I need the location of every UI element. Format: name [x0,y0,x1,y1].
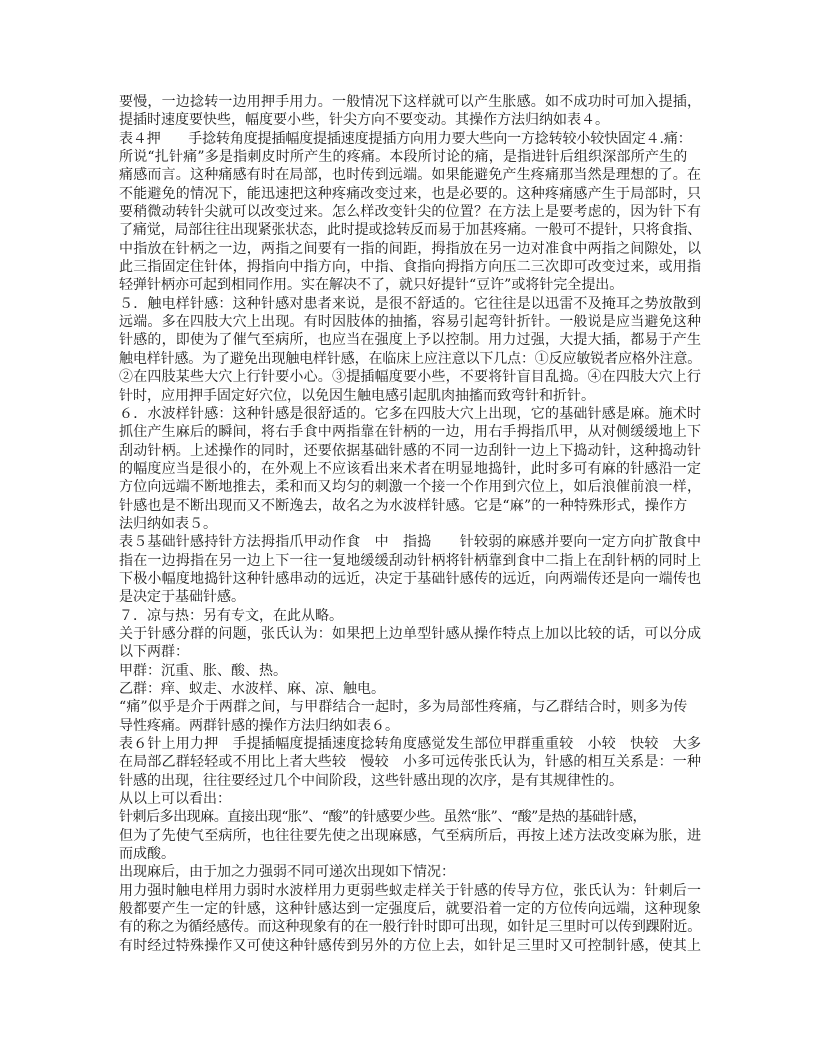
text-line: 从以上可以看出： [119,790,701,808]
text-line: 刮动针柄。上述操作的同时，还要依据基础针感的不同一边刮针一边上下捣动针，这种捣动… [119,442,701,460]
text-line: ６．水波样针感：这种针感是很舒适的。它多在四肢大穴上出现，它的基础针感是麻。施术… [119,405,701,423]
text-line: 提插时速度要快些，幅度要小些，针尖方向不要变动。其操作方法归纳如表４。 [119,111,701,129]
text-line: 要稍微动转针尖就可以改变过来。怎么样改变针尖的位置？在方法上是要考虑的，因为针下… [119,203,701,221]
text-line: 针刺后多出现麻。直接出现“胀”、“酸”的针感要少些。虽然“胀”、“酸”是热的基础… [119,808,701,826]
text-line: 般都要产生一定的针感，这种针感达到一定强度后，就要沿着一定的方位传向远端，这种现… [119,900,701,918]
text-line: 此三指固定住针体，拇指向中指方向，中指、食指向拇指方向压二三次即可改变过来，或用… [119,258,701,276]
text-line: 痛感而言。这种痛感有时在局部，也时传到远端。如果能避免产生疼痛那当然是理想的了。… [119,166,701,184]
text-line: 但为了先使气至病所，也往往要先使之出现麻感，气至病所后，再按上述方法改变麻为胀，… [119,827,701,845]
text-line: 乙群：痒、蚁走、水波样、麻、凉、触电。 [119,680,701,698]
text-line: “痛”似乎是介于两群之间，与甲群结合一起时，多为局部性疼痛，与乙群结合时，则多为… [119,698,701,716]
text-line: 方位向远端不断地推去，柔和而又均匀的刺激一个接一个作用到穴位上，如后浪催前浪一样… [119,478,701,496]
text-line: 远端。多在四肢大穴上出现。有时因肢体的抽搐，容易引起弯针折针。一般说是应当避免这… [119,313,701,331]
text-line: 针感的出现，往往要经过几个中间阶段，这些针感出现的次序，是有其规律性的。 [119,772,701,790]
text-line: 表４押 手捻转角度提插幅度提插速度提插方向用力要大些向一方捻转较小较快固定４.痛… [119,130,701,148]
text-line: 针时，应用押手固定好穴位，以免因生触电感引起肌肉抽搐而致弯针和折针。 [119,387,701,405]
text-line: 关于针感分群的问题，张氏认为：如果把上边单型针感从操作特点上加以比较的话，可以分… [119,625,701,643]
text-line: 有的称之为循经感传。而这种现象有的在一般行针时即可出现，如针足三里时可以传到踝附… [119,918,701,936]
text-line: 在局部乙群轻轻或不用比上者大些较 慢较 小多可远传张氏认为，针感的相互关系是：一… [119,753,701,771]
text-line: 针感也是不断出现而又不断逸去，故名之为水波样针感。它是“麻”的一种特殊形式，操作… [119,497,701,515]
text-line: 下极小幅度地捣针这种针感串动的远近，决定于基础针感传的远近，向两端传还是向一端传… [119,570,701,588]
text-line: 甲群：沉重、胀、酸、热。 [119,662,701,680]
text-line: 不能避免的情况下，能迅速把这种疼痛改变过来，也是必要的。这种疼痛感产生于局部时，… [119,185,701,203]
text-line: 用力强时触电样用力弱时水波样用力更弱些蚁走样关于针感的传导方位，张氏认为：针刺后… [119,882,701,900]
text-line: 中指放在针柄之一边，两指之间要有一指的间距，拇指放在另一边对准食中两指之间隙处，… [119,240,701,258]
text-line: 针感的，即使为了催气至病所，也应当在强度上予以控制。用力过强，大提大插，都易于产… [119,331,701,349]
text-line: 要慢，一边捻转一边用押手用力。一般情况下这样就可以产生胀感。如不成功时可加入提插… [119,93,701,111]
text-line: 出现麻后，由于加之力强弱不同可递次出现如下情况： [119,863,701,881]
document-text: 要慢，一边捻转一边用押手用力。一般情况下这样就可以产生胀感。如不成功时可加入提插… [119,93,701,955]
text-line: 了痛觉，局部往往出现紧张状态，此时提或捻转反而易于加甚疼痛。一般可不提针，只将食… [119,221,701,239]
text-line: 是决定于基础针感。 [119,588,701,606]
text-line: 表６针上用力押 手提插幅度提插速度捻转角度感觉发生部位甲群重重较 小较 快较 大… [119,735,701,753]
text-line: 以下两群： [119,643,701,661]
text-line: 指在一边拇指在另一边上下一往一复地缓缓刮动针柄将针柄靠到食中二指上在刮针柄的同时… [119,552,701,570]
text-line: 导性疼痛。两群针感的操作方法归纳如表６。 [119,717,701,735]
text-line: 表５基础针感持针方法拇指爪甲动作食 中 指捣 针较弱的麻感并要向一定方向扩散食中 [119,533,701,551]
text-line: 而成酸。 [119,845,701,863]
text-line: 抓住产生麻后的瞬间，将右手食中两指靠在针柄的一边，用右手拇指爪甲，从对侧缓缓地上… [119,423,701,441]
text-line: ②在四肢某些大穴上行针要小心。③提插幅度要小些，不要将针盲目乱捣。④在四肢大穴上… [119,368,701,386]
text-line: 轻弹针柄亦可起到相同作用。实在解决不了，就只好提针“豆许”或将针完全提出。 [119,276,701,294]
text-line: 的幅度应当是很小的，在外观上不应该看出来术者在明显地捣针，此时多可有麻的针感沿一… [119,460,701,478]
text-line: 有时经过特殊操作又可使这种针感传到另外的方位上去，如针足三里时又可控制针感，使其… [119,937,701,955]
text-line: ５．触电样针感：这种针感对患者来说，是很不舒适的。它往往是以迅雷不及掩耳之势放散… [119,295,701,313]
text-line: ７．凉与热：另有专文，在此从略。 [119,607,701,625]
text-line: 所说“扎针痛”多是指刺皮时所产生的疼痛。本段所讨论的痛，是指进针后组织深部所产生… [119,148,701,166]
document-page: 要慢，一边捻转一边用押手用力。一般情况下这样就可以产生胀感。如不成功时可加入提插… [0,0,816,1056]
text-line: 法归纳如表５。 [119,515,701,533]
text-line: 触电样针感。为了避免出现触电样针感，在临床上应注意以下几点：①反应敏锐者应格外注… [119,350,701,368]
